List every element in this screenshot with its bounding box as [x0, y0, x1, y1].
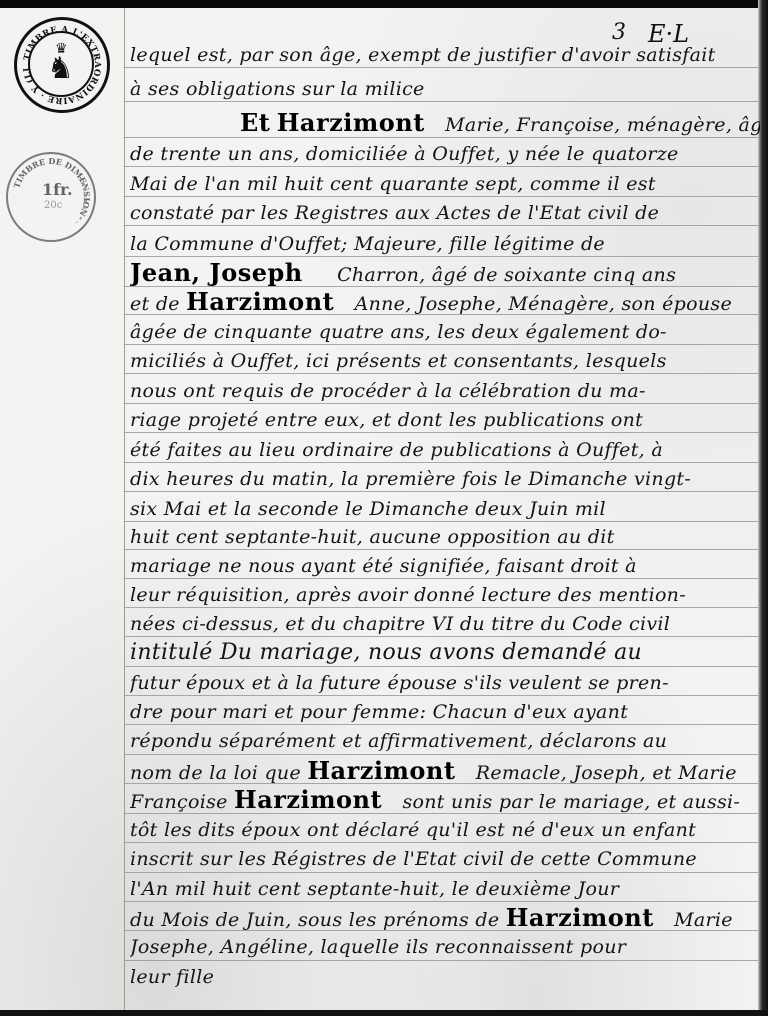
line-text: riage projeté entre eux, et dont les pub… [130, 409, 643, 431]
ruled-line [124, 754, 758, 755]
text-line: et de Harzimont Anne, Josephe, Ménagère,… [130, 289, 760, 317]
text-line: l'An mil huit cent septante-huit, le deu… [130, 876, 760, 902]
line-text: l'An mil huit cent septante-huit, le deu… [130, 878, 619, 900]
text-line: la Commune d'Ouffet; Majeure, fille légi… [130, 231, 760, 257]
line-text: Mai de l'an mil huit cent quarante sept,… [130, 173, 656, 195]
text-line: leur fille [130, 964, 760, 990]
lion-emblem-icon: ♞ [47, 54, 74, 84]
line-text: tôt les dits époux ont déclaré qu'il est… [130, 819, 696, 841]
text-line: mariage ne nous ayant été signifiée, fai… [130, 553, 760, 579]
text-line: Françoise Harzimont sont unis par le mar… [130, 787, 760, 815]
line-text: futur époux et à la future épouse s'ils … [130, 672, 669, 694]
surname: Harzimont [506, 905, 654, 932]
text-line: nous ont requis de procéder à la célébra… [130, 378, 760, 404]
ruled-line [124, 872, 758, 873]
line-text: été faites au lieu ordinaire de publicat… [130, 439, 663, 461]
text-line: Et Harzimont Marie, Françoise, ménagère,… [240, 110, 760, 138]
line-text: huit cent septante-huit, aucune oppositi… [130, 526, 615, 548]
line-text: intitulé Du mariage, nous avons demandé … [130, 640, 642, 665]
text-line: constaté par les Registres aux Actes de … [130, 200, 760, 226]
text-line: Mai de l'an mil huit cent quarante sept,… [130, 171, 760, 197]
surname: Harzimont [186, 289, 334, 316]
line-text: Marie [674, 909, 733, 931]
text-line: Jean, Joseph Charron, âgé de soixante ci… [130, 260, 760, 288]
line-text: Remacle, Joseph, et Marie [476, 762, 737, 784]
surname: Harzimont [307, 758, 455, 785]
text-line: inscrit sur les Régistres de l'Etat civi… [130, 846, 760, 872]
text-line: futur époux et à la future épouse s'ils … [130, 670, 760, 696]
text-line: riage projeté entre eux, et dont les pub… [130, 407, 760, 433]
ruled-line [124, 960, 758, 961]
line-text: leur réquisition, après avoir donné lect… [130, 584, 686, 606]
line-text: la Commune d'Ouffet; Majeure, fille légi… [130, 233, 605, 255]
text-line: été faites au lieu ordinaire de publicat… [130, 437, 760, 463]
text-line: à ses obligations sur la milice [130, 76, 760, 102]
surname: Harzimont [234, 787, 382, 814]
line-text: sont unis par le mariage, et aussi- [402, 791, 740, 813]
text-line: du Mois de Juin, sous les prénoms de Har… [130, 905, 760, 933]
text-line: de trente un ans, domiciliée à Ouffet, y… [130, 141, 760, 167]
dimension-stamp: TIMBRE DE DIMENSION 1fr. 20c [6, 152, 96, 242]
scan-border-top [0, 0, 768, 8]
line-text: répondu séparément et affirmativement, d… [130, 730, 667, 752]
line-text: mariage ne nous ayant été signifiée, fai… [130, 555, 637, 577]
line-prefix: nom de la loi que [130, 762, 301, 784]
line-text: miciliés à Ouffet, ici présents et conse… [130, 350, 667, 372]
text-line: tôt les dits époux ont déclaré qu'il est… [130, 817, 760, 843]
line-prefix: et de [130, 293, 180, 315]
line-text: à ses obligations sur la milice [130, 78, 425, 100]
text-line: leur réquisition, après avoir donné lect… [130, 582, 760, 608]
text-line: nom de la loi que Harzimont Remacle, Jos… [130, 758, 760, 786]
extraordinary-stamp: TIMBRE A L'EXTRAORDINAIRE · Y (LIEGE) ♛ … [14, 17, 110, 113]
document-page: TIMBRE A L'EXTRAORDINAIRE · Y (LIEGE) ♛ … [0, 0, 768, 1016]
line-text: six Mai et la seconde le Dimanche deux J… [130, 498, 606, 520]
text-line: miciliés à Ouffet, ici présents et conse… [130, 348, 760, 374]
line-text: constaté par les Registres aux Actes de … [130, 202, 659, 224]
ruled-line [124, 666, 758, 667]
line-text: inscrit sur les Régistres de l'Etat civi… [130, 848, 697, 870]
line-text: Anne, Josephe, Ménagère, son épouse [355, 293, 732, 315]
line-text: nées ci-dessus, et du chapitre VI du tit… [130, 613, 670, 635]
text-line: intitulé Du mariage, nous avons demandé … [130, 640, 760, 666]
line-text: dre pour mari et pour femme: Chacun d'eu… [130, 701, 628, 723]
given-names: Jean, Joseph [130, 260, 303, 287]
margin-rule [124, 8, 125, 1010]
text-line: nées ci-dessus, et du chapitre VI du tit… [130, 611, 760, 637]
line-text: Josephe, Angéline, laquelle ils reconnai… [130, 936, 626, 958]
text-line: lequel est, par son âge, exempt de justi… [130, 42, 760, 68]
text-line: dix heures du matin, la première fois le… [130, 466, 760, 492]
text-line: huit cent septante-huit, aucune oppositi… [130, 524, 760, 550]
text-line: âgée de cinquante quatre ans, les deux é… [130, 319, 760, 345]
line-text: âgée de cinquante quatre ans, les deux é… [130, 321, 667, 343]
surname: Harzimont [277, 110, 425, 137]
line-text: nous ont requis de procéder à la célébra… [130, 380, 646, 402]
line-prefix: Et [240, 110, 270, 137]
line-prefix: Françoise [130, 791, 228, 813]
wreath-icon [58, 172, 87, 224]
line-text: Charron, âgé de soixante cinq ans [337, 264, 676, 286]
line-text: dix heures du matin, la première fois le… [130, 468, 691, 490]
scan-border-bottom [0, 1010, 768, 1016]
line-text: de trente un ans, domiciliée à Ouffet, y… [130, 143, 679, 165]
text-line: dre pour mari et pour femme: Chacun d'eu… [130, 699, 760, 725]
text-line: Josephe, Angéline, laquelle ils reconnai… [130, 934, 760, 960]
line-text: leur fille [130, 966, 214, 988]
line-text: Marie, Françoise, ménagère, âgée [445, 114, 760, 136]
text-line: six Mai et la seconde le Dimanche deux J… [130, 496, 760, 522]
line-text: lequel est, par son âge, exempt de justi… [130, 44, 716, 66]
text-line: répondu séparément et affirmativement, d… [130, 728, 760, 754]
line-prefix: du Mois de Juin, sous les prénoms de [130, 909, 499, 931]
